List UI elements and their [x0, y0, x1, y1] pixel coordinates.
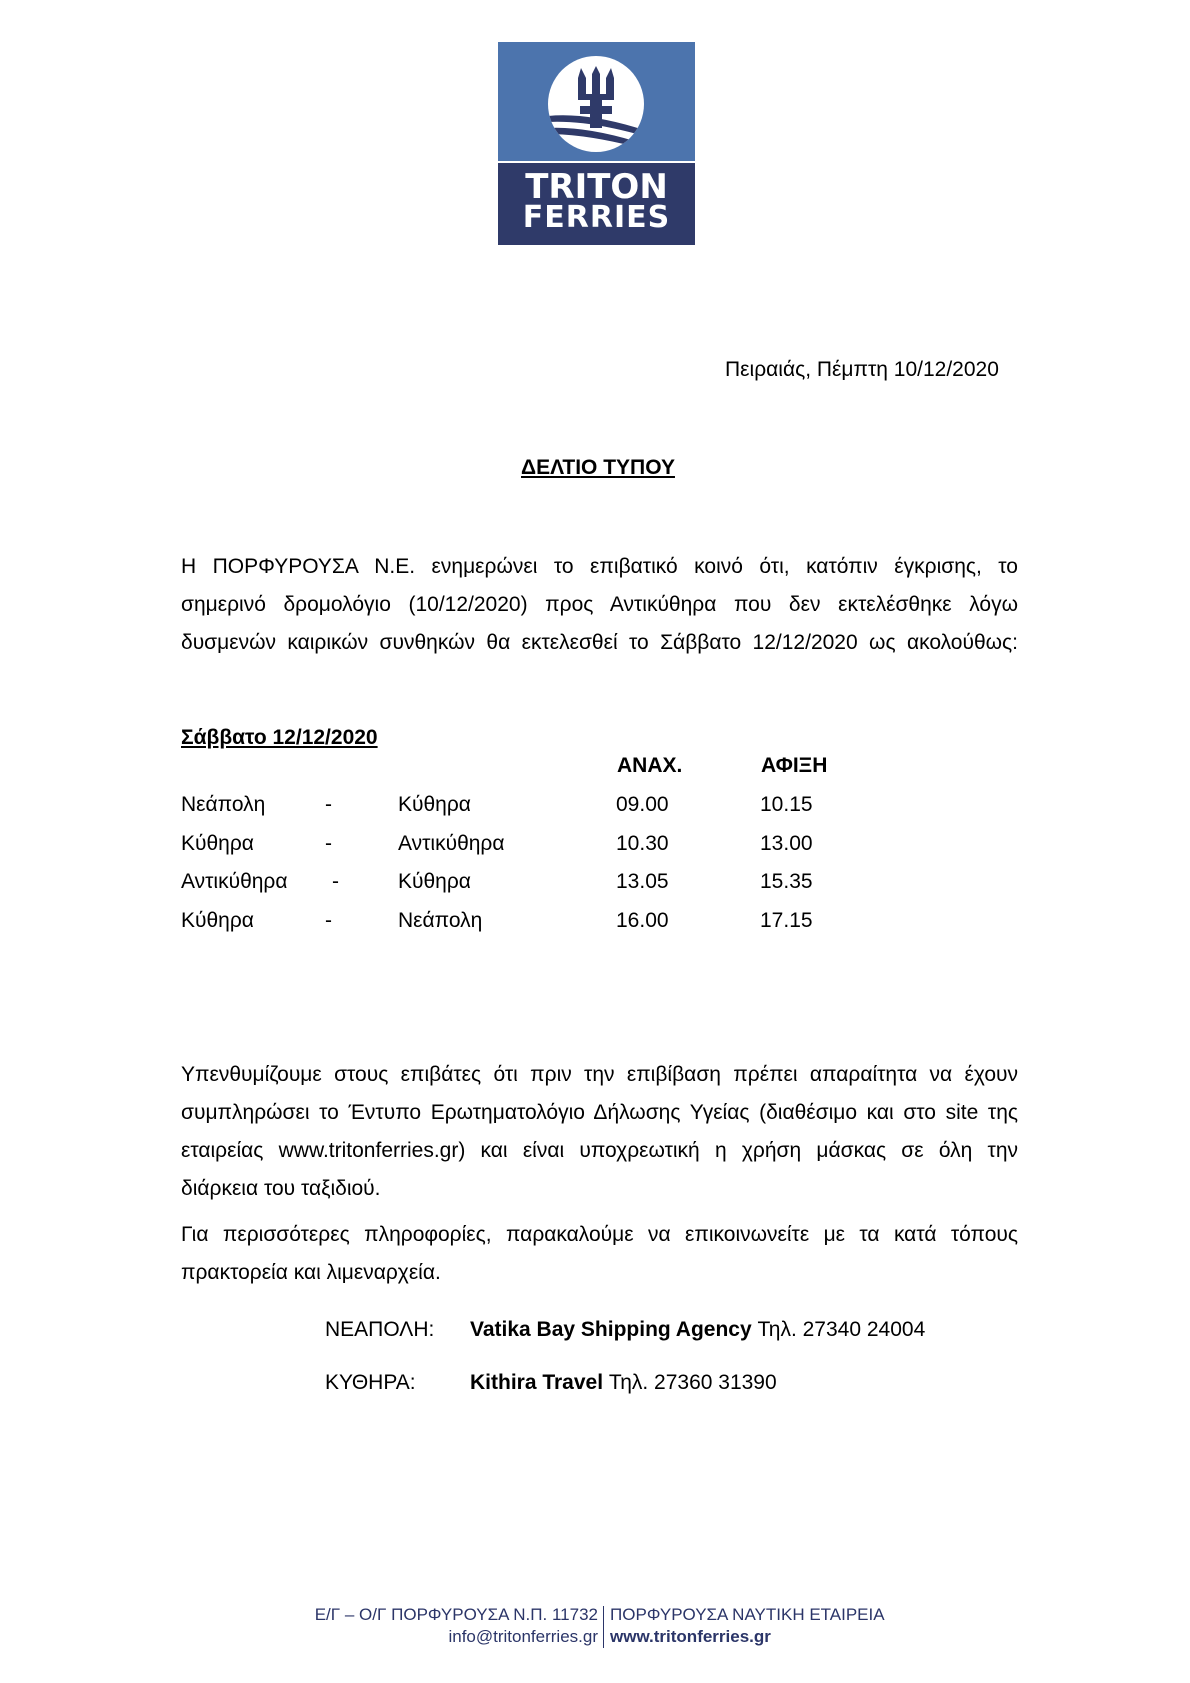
schedule-heading: Σάββατο 12/12/2020: [181, 726, 378, 750]
departure-time: 16.00: [616, 909, 669, 933]
arrival-time: 17.15: [760, 909, 813, 933]
logo-text-ferries: FERRIES: [498, 202, 695, 234]
contact-company: Vatika Bay Shipping Agency: [470, 1318, 752, 1341]
paragraph-line: Υπενθυμίζουμε στους επιβάτες ότι πριν τη…: [181, 1056, 1018, 1094]
route-to: Αντικύθηρα: [398, 832, 505, 856]
arrival-time: 13.00: [760, 832, 813, 856]
contact-phone: Τηλ. 27340 24004: [757, 1318, 925, 1341]
footer-divider: [603, 1606, 604, 1648]
route-separator: -: [332, 870, 339, 894]
route-to: Κύθηρα: [398, 793, 471, 817]
header-departure: ΑΝΑΧ.: [617, 754, 682, 778]
header-arrival: ΑΦΙΞΗ: [761, 754, 827, 778]
info-paragraph: Για περισσότερες πληροφορίες, παρακαλούμ…: [181, 1216, 1018, 1292]
arrival-time: 10.15: [760, 793, 813, 817]
route-from: Αντικύθηρα: [181, 870, 288, 894]
date-line: Πειραιάς, Πέμπτη 10/12/2020: [725, 358, 999, 382]
route-separator: -: [325, 793, 332, 817]
reminder-paragraph: Υπενθυμίζουμε στους επιβάτες ότι πριν τη…: [181, 1056, 1018, 1208]
contact-location: ΝΕΑΠΟΛΗ:: [325, 1318, 434, 1342]
route-to: Κύθηρα: [398, 870, 471, 894]
route-from: Κύθηρα: [181, 832, 254, 856]
footer-email[interactable]: info@tritonferries.gr: [448, 1626, 598, 1648]
route-to: Νεάπολη: [398, 909, 482, 933]
paragraph-line: Η ΠΟΡΦΥΡΟΥΣΑ Ν.Ε. ενημερώνει το επιβατικ…: [181, 548, 1018, 586]
route-separator: -: [325, 909, 332, 933]
footer-company: ΠΟΡΦΥΡΟΥΣΑ ΝΑΥΤΙΚΗ ΕΤΑΙΡΕΙΑ: [610, 1604, 885, 1626]
departure-time: 13.05: [616, 870, 669, 894]
contact-company: Kithira Travel: [470, 1371, 603, 1394]
route-from: Νεάπολη: [181, 793, 265, 817]
contact-details: Kithira Travel Τηλ. 27360 31390: [470, 1371, 777, 1395]
paragraph-line: σημερινό δρομολόγιο (10/12/2020) προς Αν…: [181, 586, 1018, 624]
departure-time: 10.30: [616, 832, 669, 856]
triton-ferries-logo: TRITON FERRIES: [498, 42, 695, 245]
departure-time: 09.00: [616, 793, 669, 817]
paragraph-line: Για περισσότερες πληροφορίες, παρακαλούμ…: [181, 1216, 1018, 1254]
route-separator: -: [325, 832, 332, 856]
paragraph-line: διάρκεια του ταξιδιού.: [181, 1170, 1018, 1208]
trident-wave-icon: [548, 56, 644, 152]
intro-paragraph: Η ΠΟΡΦΥΡΟΥΣΑ Ν.Ε. ενημερώνει το επιβατικ…: [181, 548, 1018, 662]
paragraph-line: δυσμενών καιρικών συνθηκών θα εκτελεσθεί…: [181, 624, 1018, 662]
contact-details: Vatika Bay Shipping Agency Τηλ. 27340 24…: [470, 1318, 925, 1342]
footer-website[interactable]: www.tritonferries.gr: [610, 1626, 771, 1648]
paragraph-line: εταιρείας www.tritonferries.gr) και είνα…: [181, 1132, 1018, 1170]
contact-location: ΚΥΘΗΡΑ:: [325, 1371, 416, 1395]
paragraph-line: πρακτορεία και λιμεναρχεία.: [181, 1254, 1018, 1292]
paragraph-line: συμπληρώσει το Έντυπο Ερωτηματολόγιο Δήλ…: [181, 1094, 1018, 1132]
route-from: Κύθηρα: [181, 909, 254, 933]
footer-registry: Ε/Γ – Ο/Γ ΠΟΡΦΥΡΟΥΣΑ Ν.Π. 11732: [315, 1604, 598, 1626]
arrival-time: 15.35: [760, 870, 813, 894]
document-title: ΔΕΛΤΙΟ ΤΥΠΟΥ: [513, 456, 683, 480]
contact-phone: Τηλ. 27360 31390: [609, 1371, 777, 1394]
